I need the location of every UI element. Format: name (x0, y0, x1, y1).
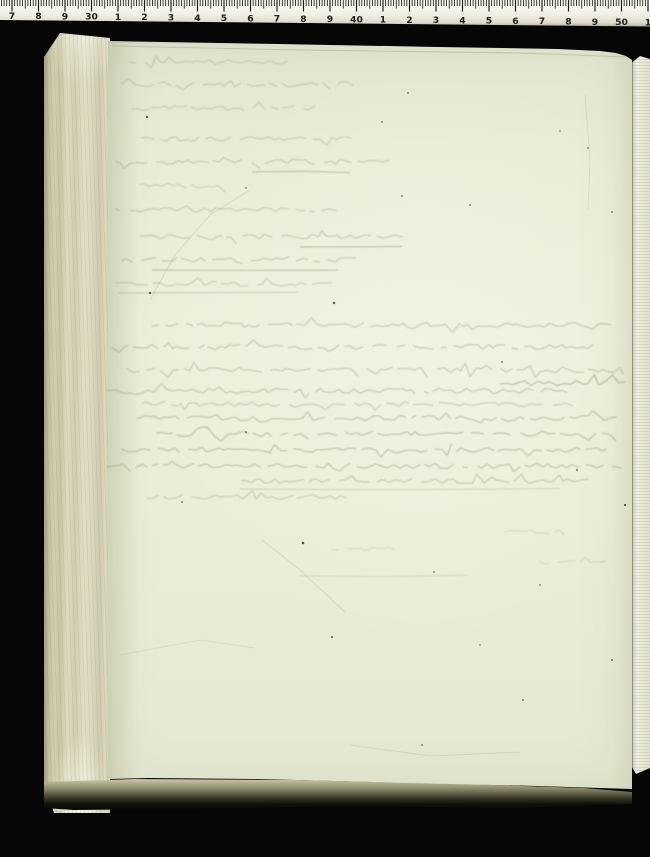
ruler-number: 9 (62, 11, 68, 22)
ruler-number: 2 (406, 15, 412, 26)
ruler-number: 7 (274, 14, 280, 25)
ruler: 7893012345678940123456789501 (0, 0, 650, 28)
fore-edge-pages (630, 50, 650, 778)
ruler-number: 3 (168, 13, 174, 24)
ruler-number: 50 (615, 17, 628, 28)
ruler-number: 1 (380, 15, 386, 26)
ruler-number: 6 (512, 16, 518, 27)
ruler-number: 2 (141, 12, 147, 23)
ruler-number: 4 (459, 15, 465, 26)
manuscript-page (108, 33, 632, 791)
ruler-number: 8 (35, 11, 41, 22)
ruler-number: 9 (592, 17, 598, 28)
ruler-number: 8 (300, 14, 306, 25)
ruler-number: 9 (327, 14, 333, 25)
ruler-number: 5 (486, 16, 492, 27)
ruler-number: 7 (539, 16, 545, 27)
photograph: 7893012345678940123456789501 (0, 0, 650, 857)
ruler-number: 1 (115, 12, 121, 23)
ruler-number: 30 (85, 12, 98, 23)
ruler-number: 7 (9, 11, 15, 22)
ruler-number: 8 (565, 16, 571, 27)
ruler-number: 5 (221, 13, 227, 24)
book-spine-binding (44, 27, 110, 813)
ruler-number: 40 (350, 14, 363, 25)
ruler-number: 3 (433, 15, 439, 26)
ruler-number: 4 (194, 13, 200, 24)
ruler-number: 1 (645, 17, 650, 28)
ruler-number: 6 (247, 13, 253, 24)
